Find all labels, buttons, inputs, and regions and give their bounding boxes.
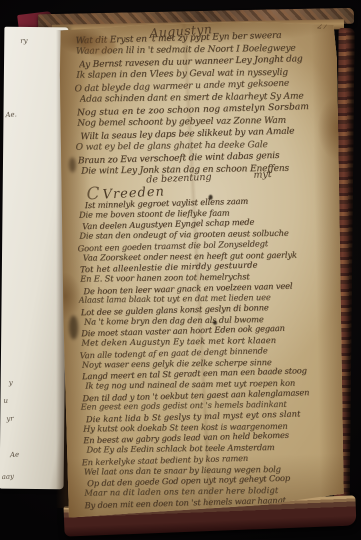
catchline-gap bbox=[212, 178, 254, 180]
facing-page-ink-fragment: aay bbox=[1, 472, 14, 481]
facing-page-ink-fragment: Ae. bbox=[5, 110, 17, 119]
stain bbox=[69, 315, 78, 339]
manuscript-page: 27 Augustyn Wat dit Eryst en 't met zy p… bbox=[57, 20, 345, 517]
facing-page-ink-fragment: y bbox=[8, 379, 12, 387]
manuscript-photograph: ry Ae. y u yr Ae aay 27 Augustyn Wat dit… bbox=[0, 0, 361, 540]
facing-page-ink-fragment: ry bbox=[20, 37, 28, 45]
facing-page-ink-fragment: Ae bbox=[10, 451, 20, 460]
manuscript-paragraph-2: Ist minnelyk gegroet vaylist ellens zaam… bbox=[79, 195, 335, 510]
stain bbox=[69, 157, 76, 172]
facing-page-ink-fragment: yr bbox=[6, 415, 14, 423]
facing-page-ink-fragment: u bbox=[3, 397, 8, 405]
manuscript-paragraph-1: Wat dit Eryst en 't met zy pypt Eyn ber … bbox=[75, 30, 328, 179]
catchline-right: myt bbox=[253, 169, 272, 181]
